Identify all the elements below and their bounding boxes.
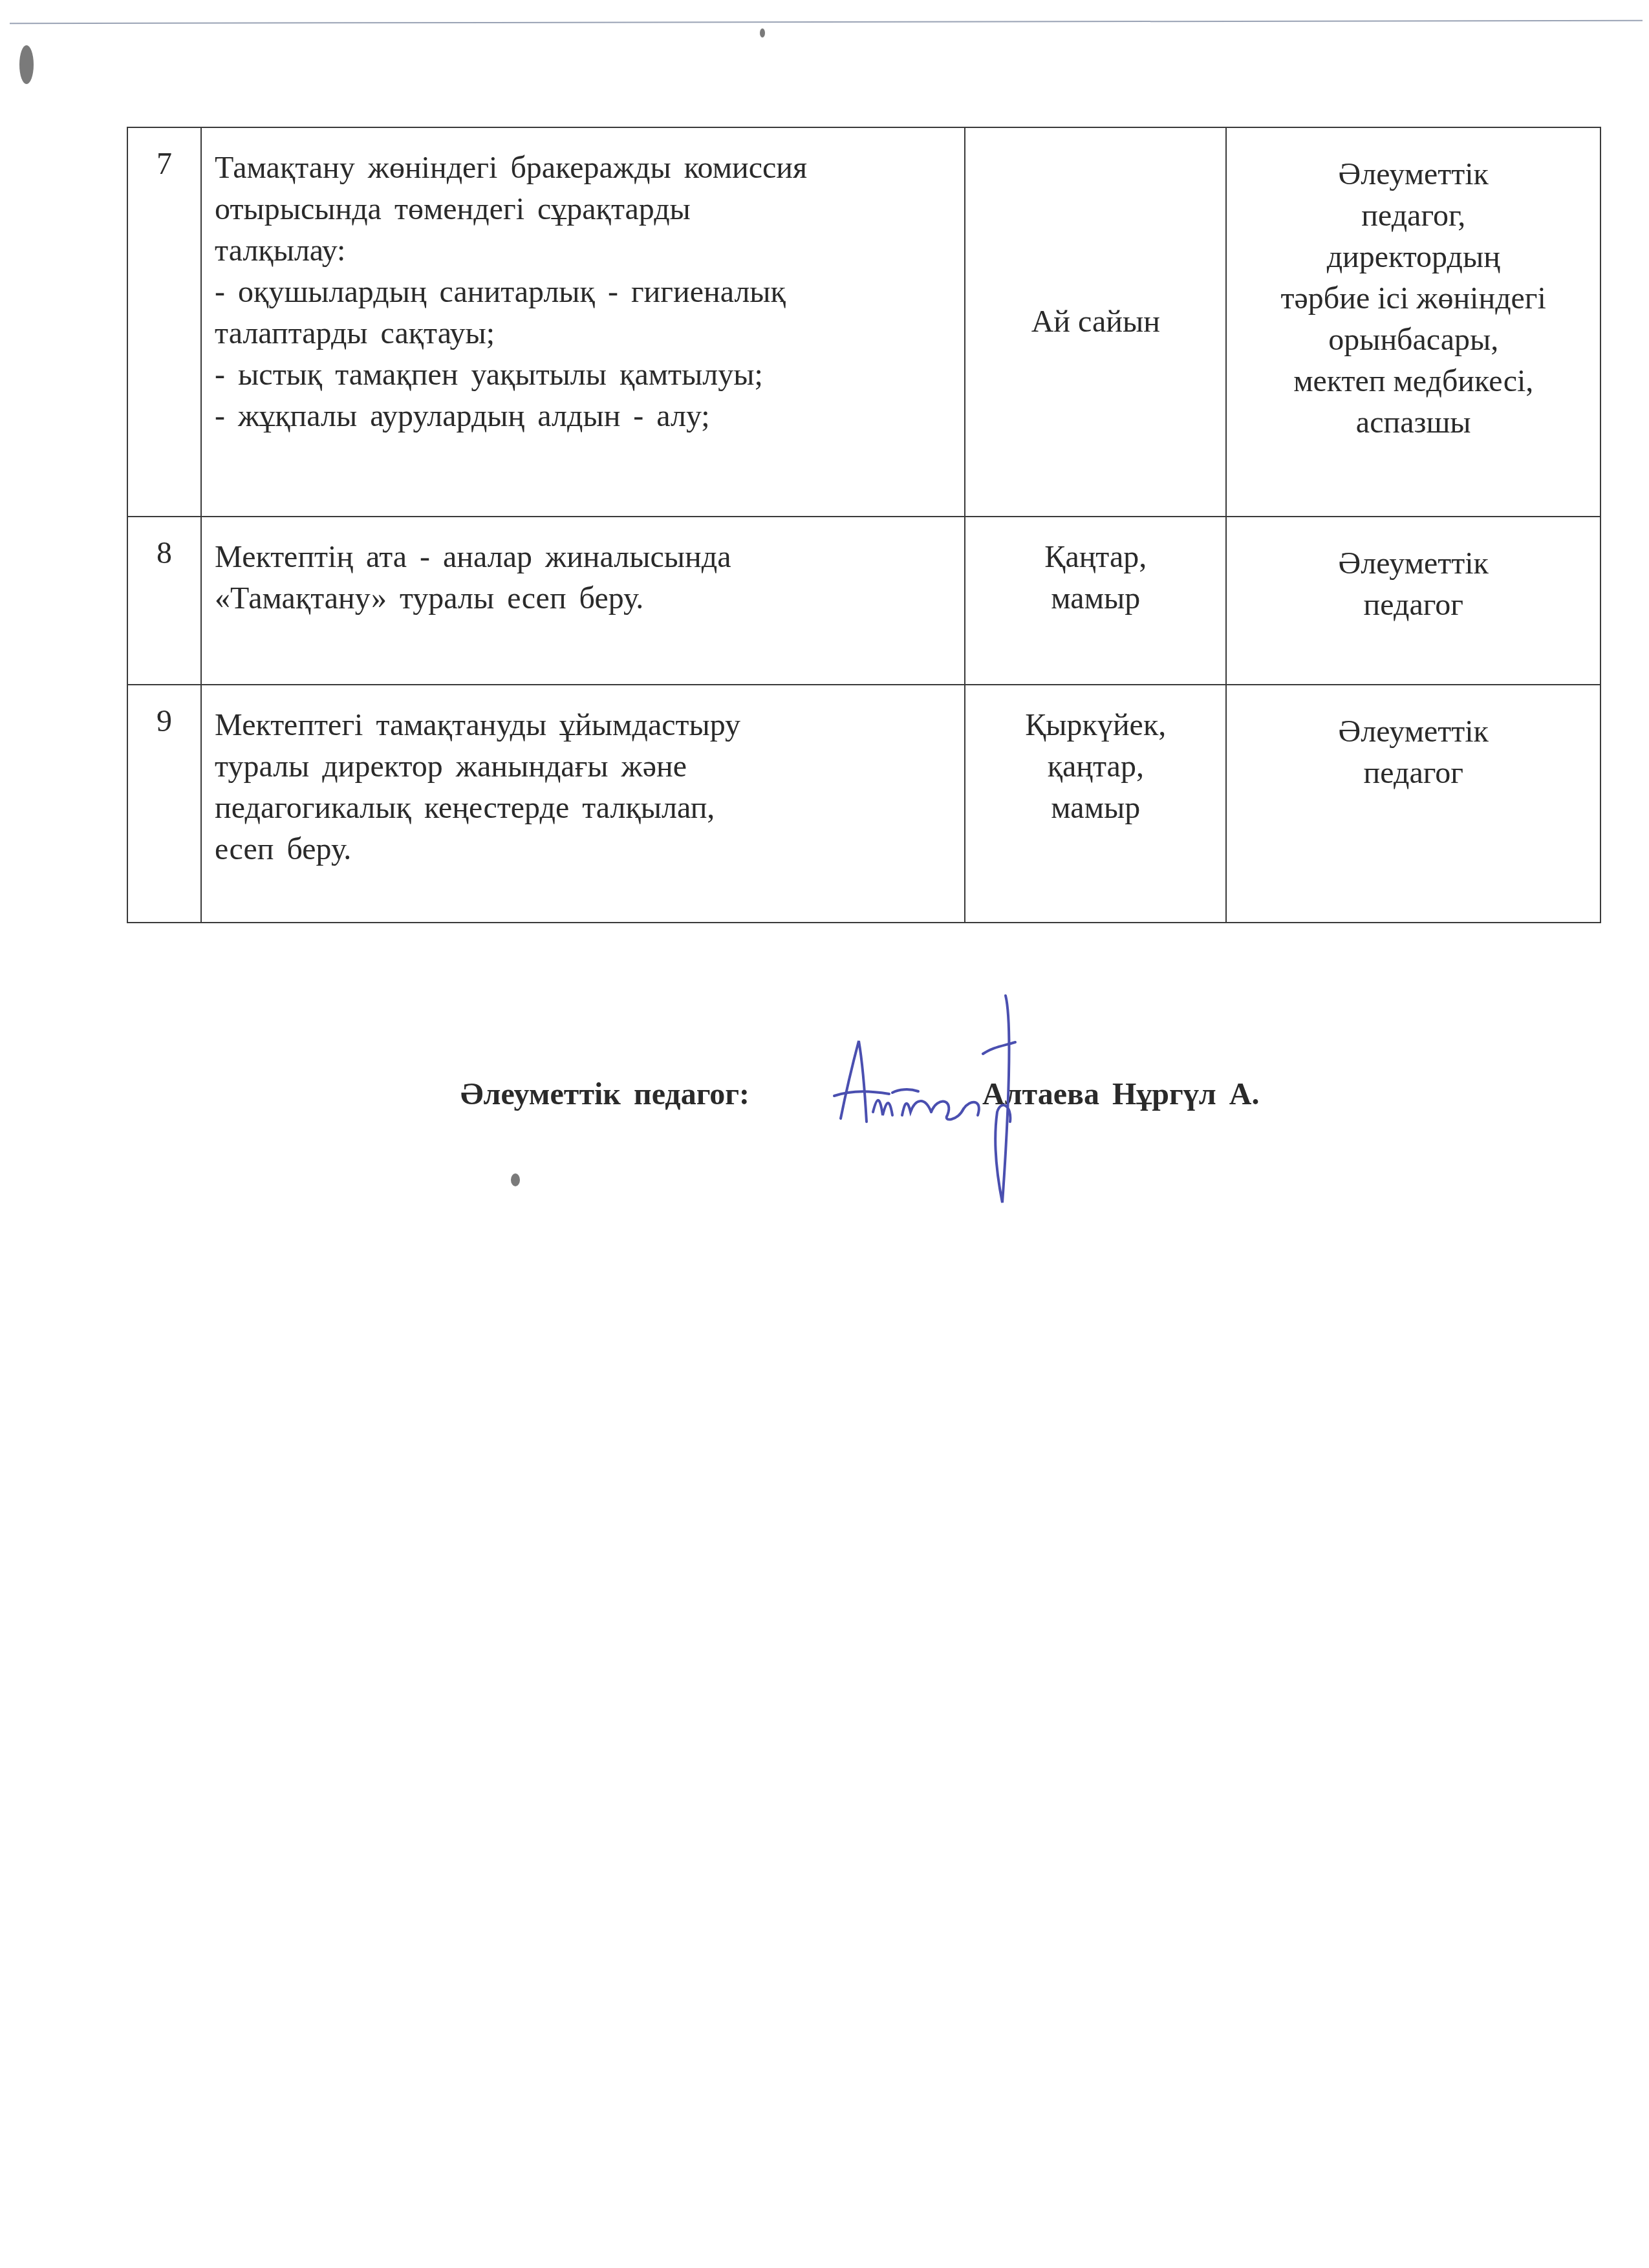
task-description-line: Мектептің ата - аналар жиналысында [215, 537, 951, 578]
task-description-line: - жұқпалы аурулардың алдын - алу; [215, 396, 951, 437]
responsible: Әлеуметтікпедагог [1226, 685, 1600, 923]
task-description-line: есеп беру. [215, 829, 951, 870]
activity-plan-table: 7Тамақтану жөніндегі бракеражды комиссия… [127, 127, 1601, 923]
table-row: 8Мектептің ата - аналар жиналысында«Тама… [127, 517, 1600, 685]
schedule-line: Қыркүйек, [965, 705, 1225, 746]
task-description-line: педагогикалық кеңестерде талқылап, [215, 787, 951, 829]
schedule: Қыркүйек,қаңтар,мамыр [965, 685, 1226, 923]
task-description: Тамақтану жөніндегі бракеражды комиссияо… [201, 127, 965, 517]
task-description: Мектептегі тамақтануды ұйымдастырутуралы… [201, 685, 965, 923]
responsible-line: мектеп медбикесі, [1227, 361, 1600, 402]
task-description-line: талқылау: [215, 230, 951, 272]
task-description-line: Мектептегі тамақтануды ұйымдастыру [215, 705, 951, 746]
schedule-line: қаңтар, [965, 746, 1225, 787]
task-description-line: «Тамақтану» туралы есеп беру. [215, 578, 951, 619]
schedule-line: мамыр [965, 787, 1225, 829]
responsible-line: педагог [1227, 753, 1600, 794]
task-description-line: отырысында төмендегі сұрақтарды [215, 189, 951, 230]
task-description-line: талаптарды сақтауы; [215, 313, 951, 354]
table-row: 7Тамақтану жөніндегі бракеражды комиссия… [127, 127, 1600, 517]
task-description-line: Тамақтану жөніндегі бракеражды комиссия [215, 147, 951, 189]
task-description-line: - оқушылардың санитарлық - гигиеналық [215, 272, 951, 313]
row-number: 9 [127, 685, 201, 923]
responsible-line: тәрбие ісі жөніндегі [1227, 278, 1600, 319]
task-description-line: туралы директор жанындағы және [215, 746, 951, 787]
responsible-line: Әлеуметтік [1227, 154, 1600, 195]
table-row: 9Мектептегі тамақтануды ұйымдастырутурал… [127, 685, 1600, 923]
task-description-line: - ыстық тамақпен уақытылы қамтылуы; [215, 354, 951, 396]
responsible-line: орынбасары, [1227, 319, 1600, 361]
row-number: 8 [127, 517, 201, 685]
scan-speck [511, 1173, 520, 1186]
signature-role: Әлеуметтік педагог: [460, 1076, 749, 1112]
task-description: Мектептің ата - аналар жиналысында«Тамақ… [201, 517, 965, 685]
schedule-line: Ай сайын [965, 301, 1225, 343]
schedule: Қаңтар,мамыр [965, 517, 1226, 685]
responsible-line: директордың [1227, 237, 1600, 278]
handwritten-signature-icon [828, 983, 1086, 1215]
scan-speck [19, 45, 34, 84]
scan-edge-line [10, 20, 1643, 24]
scan-speck [760, 28, 765, 37]
responsible: Әлеуметтікпедагог [1226, 517, 1600, 685]
responsible: Әлеуметтікпедагог,директордыңтәрбие ісі … [1226, 127, 1600, 517]
responsible-line: аспазшы [1227, 402, 1600, 444]
row-number: 7 [127, 127, 201, 517]
schedule-line: Қаңтар, [965, 537, 1225, 578]
responsible-line: Әлеуметтік [1227, 711, 1600, 753]
responsible-line: Әлеуметтік [1227, 543, 1600, 584]
schedule: Ай сайын [965, 127, 1226, 517]
responsible-line: педагог, [1227, 195, 1600, 237]
schedule-line: мамыр [965, 578, 1225, 619]
responsible-line: педагог [1227, 584, 1600, 626]
